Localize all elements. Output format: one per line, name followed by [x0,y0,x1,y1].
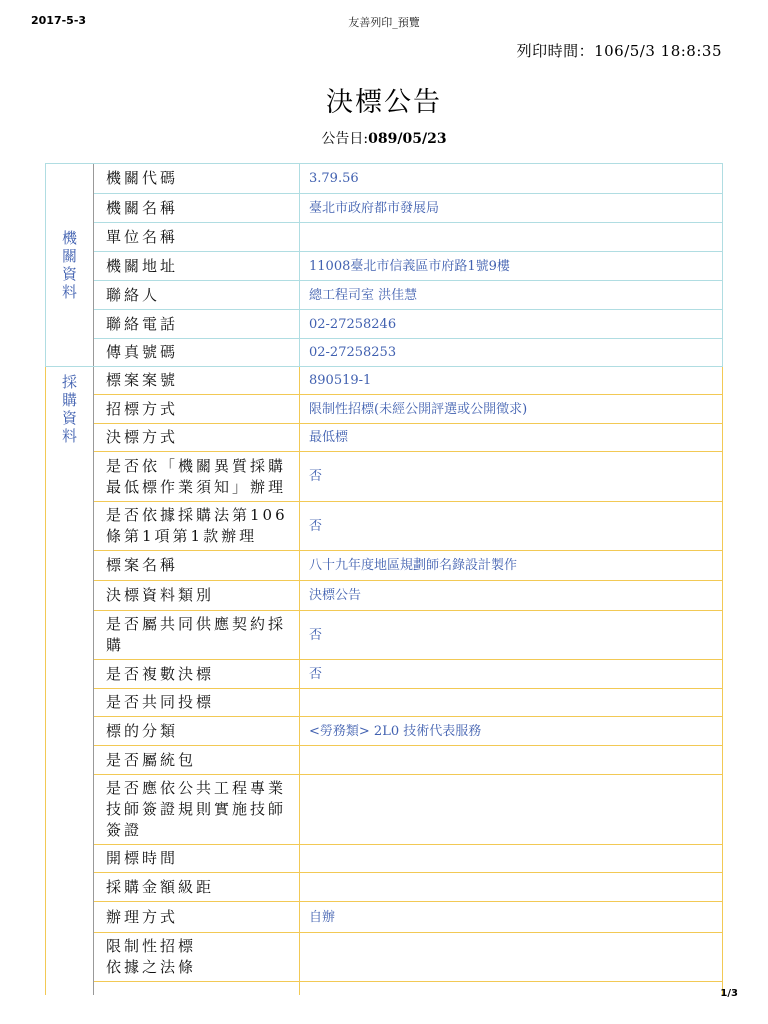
table-row: 傳真號碼02-27258253 [94,338,722,366]
field-label: 是否複數決標 [94,660,299,688]
section-label-text: 採購資料 [61,373,78,445]
table-row: 開標時間 [94,844,722,872]
table-row: 是否依據採購法第106 條第1項第1款辦理否 [94,501,722,550]
field-value: 否 [299,660,722,688]
field-label: 聯絡人 [94,281,299,309]
table-row: 聯絡電話02-27258246 [94,309,722,338]
table-row: 招標方式限制性招標(未經公開評選或公開徵求) [94,394,722,423]
field-label: 聯絡電話 [94,310,299,338]
field-label: 決標方式 [94,424,299,451]
field-value: 否 [299,502,722,550]
table-row: 決標方式最低標 [94,423,722,451]
table-row: 聯絡人總工程司室 洪佳慧 [94,280,722,309]
field-label: 開標時間 [94,845,299,872]
field-value: 總工程司室 洪佳慧 [299,281,722,309]
print-time-line: 列印時間：106/5/3 18:8:35 [517,40,722,61]
print-preview-page: 2017-5-3 友善列印_預覽 列印時間：106/5/3 18:8:35 決標… [0,0,768,1024]
table-row: 標案名稱八十九年度地區規劃師名錄設計製作 [94,550,722,580]
field-value [299,746,722,774]
field-value [299,982,722,995]
field-label: 是否共同投標 [94,689,299,716]
field-label: 是否屬共同供應契約採 購 [94,611,299,659]
table-row-partial [94,981,722,995]
field-value: <勞務類> 2L0 技術代表服務 [299,717,722,745]
table-row: 辦理方式自辦 [94,901,722,932]
table-row: 標案案號890519-1 [94,367,722,394]
table-section: 機關資料機關代碼3.79.56機關名稱臺北市政府都市發展局單位名稱機關地址110… [45,163,723,367]
table-row: 標的分類<勞務類> 2L0 技術代表服務 [94,716,722,745]
section-label: 機關資料 [46,164,93,366]
table-row: 機關地址11008臺北市信義區市府路1號9樓 [94,251,722,280]
field-value: 3.79.56 [299,164,722,193]
table-row: 決標資料類別決標公告 [94,580,722,610]
section-rows: 機關代碼3.79.56機關名稱臺北市政府都市發展局單位名稱機關地址11008臺北… [93,164,722,366]
field-value [299,689,722,716]
field-value: 否 [299,452,722,501]
section-rows: 標案案號890519-1招標方式限制性招標(未經公開評選或公開徵求)決標方式最低… [93,367,722,995]
field-label: 是否依「機關異質採購 最低標作業須知」辦理 [94,452,299,501]
field-label: 限制性招標 依據之法條 [94,933,299,981]
table-row: 是否應依公共工程專業 技師簽證規則實施技師 簽證 [94,774,722,844]
table-row: 限制性招標 依據之法條 [94,932,722,981]
announce-date-line: 公告日:089/05/23 [0,128,768,148]
table-row: 採購金額級距 [94,872,722,901]
field-value [299,845,722,872]
field-label: 標案案號 [94,367,299,394]
announcement-table: 機關資料機關代碼3.79.56機關名稱臺北市政府都市發展局單位名稱機關地址110… [45,163,723,995]
field-value: 否 [299,611,722,659]
field-label: 單位名稱 [94,223,299,251]
field-label: 辦理方式 [94,902,299,932]
print-time-value: 106/5/3 18:8:35 [594,42,722,60]
field-value: 八十九年度地區規劃師名錄設計製作 [299,551,722,580]
table-row: 是否屬共同供應契約採 購否 [94,610,722,659]
field-label: 機關代碼 [94,164,299,193]
field-value: 限制性招標(未經公開評選或公開徵求) [299,395,722,423]
section-label-text: 機關資料 [61,229,78,301]
field-value: 02-27258253 [299,339,722,366]
field-value: 決標公告 [299,581,722,610]
field-value: 11008臺北市信義區市府路1號9樓 [299,252,722,280]
print-time-label: 列印時間： [517,42,595,60]
field-value: 最低標 [299,424,722,451]
table-section: 採購資料標案案號890519-1招標方式限制性招標(未經公開評選或公開徵求)決標… [45,367,723,995]
table-row: 機關代碼3.79.56 [94,164,722,193]
field-label: 採購金額級距 [94,873,299,901]
field-label: 招標方式 [94,395,299,423]
field-value [299,223,722,251]
table-row: 是否複數決標否 [94,659,722,688]
field-label: 機關地址 [94,252,299,280]
field-value: 自辦 [299,902,722,932]
table-row: 機關名稱臺北市政府都市發展局 [94,193,722,222]
field-value: 890519-1 [299,367,722,394]
field-label: 標案名稱 [94,551,299,580]
table-row: 單位名稱 [94,222,722,251]
table-row: 是否依「機關異質採購 最低標作業須知」辦理否 [94,451,722,501]
table-row: 是否屬統包 [94,745,722,774]
announce-date-value: 089/05/23 [368,131,446,147]
browser-header-doc-title: 友善列印_預覽 [0,14,768,30]
field-value: 臺北市政府都市發展局 [299,194,722,222]
field-label [94,982,299,995]
field-label: 是否應依公共工程專業 技師簽證規則實施技師 簽證 [94,775,299,844]
field-value [299,775,722,844]
page-number: 1/3 [720,988,738,999]
field-label: 決標資料類別 [94,581,299,610]
field-label: 是否依據採購法第106 條第1項第1款辦理 [94,502,299,550]
field-label: 傳真號碼 [94,339,299,366]
announce-date-label: 公告日: [321,131,368,147]
page-title: 決標公告 [0,80,768,119]
field-value: 02-27258246 [299,310,722,338]
field-label: 標的分類 [94,717,299,745]
section-label: 採購資料 [46,367,93,995]
table-row: 是否共同投標 [94,688,722,716]
field-label: 機關名稱 [94,194,299,222]
field-value [299,873,722,901]
field-value [299,933,722,981]
field-label: 是否屬統包 [94,746,299,774]
